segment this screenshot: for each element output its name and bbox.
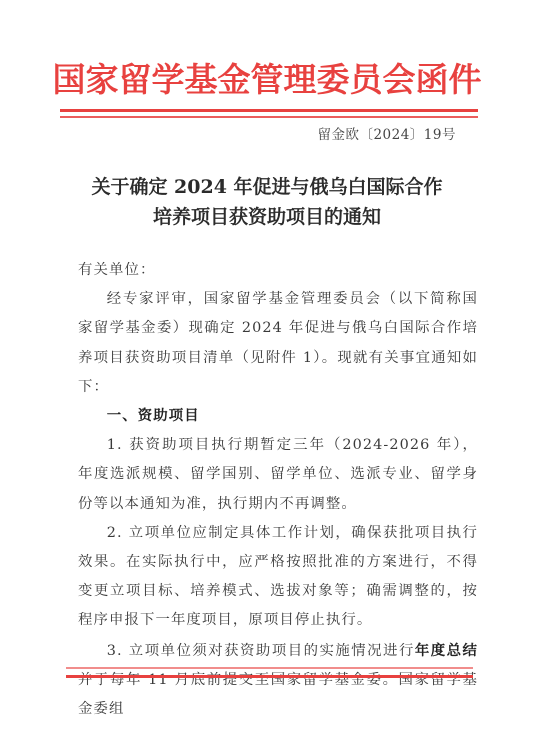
reference-number: 留金欧〔2024〕19号 bbox=[317, 125, 456, 145]
item-3-text-end: 并于每年 11 月底前提交至国家留学基金委。国家留学基金委组 bbox=[78, 672, 478, 717]
document-title: 关于确定 2024 年促进与俄乌白国际合作 培养项目获资助项目的通知 bbox=[0, 172, 534, 232]
section-heading-funded-projects: 一、资助项目 bbox=[78, 402, 478, 431]
document-title-line-1: 关于确定 2024 年促进与俄乌白国际合作 bbox=[0, 172, 534, 202]
footer-rule-thin bbox=[66, 667, 473, 669]
salutation: 有关单位： bbox=[78, 256, 478, 285]
header-rule-thick bbox=[60, 109, 478, 112]
document-body: 有关单位： 经专家评审，国家留学基金管理委员会（以下简称国家留学基金委）现确定 … bbox=[78, 256, 478, 724]
item-3-bold-text: 年度总结 bbox=[415, 642, 478, 659]
intro-paragraph: 经专家评审，国家留学基金管理委员会（以下简称国家留学基金委）现确定 2024 年… bbox=[78, 285, 478, 402]
item-3-text-start: 3. 立项单位须对获资助项目的实施情况进行 bbox=[107, 643, 415, 659]
item-1-paragraph: 1. 获资助项目执行期暂定三年（2024-2026 年），年度选派规模、留学国别… bbox=[78, 431, 478, 519]
item-3-paragraph: 3. 立项单位须对获资助项目的实施情况进行年度总结并于每年 11 月底前提交至国… bbox=[78, 636, 478, 725]
item-2-paragraph: 2. 立项单位应制定具体工作计划，确保获批项目执行效果。在实际执行中，应严格按照… bbox=[78, 519, 478, 636]
org-letterhead-title: 国家留学基金管理委员会函件 bbox=[0, 58, 534, 102]
document-title-line-2: 培养项目获资助项目的通知 bbox=[0, 202, 534, 232]
header-rule-thin bbox=[60, 116, 478, 118]
document-page: 国家留学基金管理委员会函件 留金欧〔2024〕19号 关于确定 2024 年促进… bbox=[0, 0, 534, 747]
footer-rule-thick bbox=[66, 675, 473, 678]
